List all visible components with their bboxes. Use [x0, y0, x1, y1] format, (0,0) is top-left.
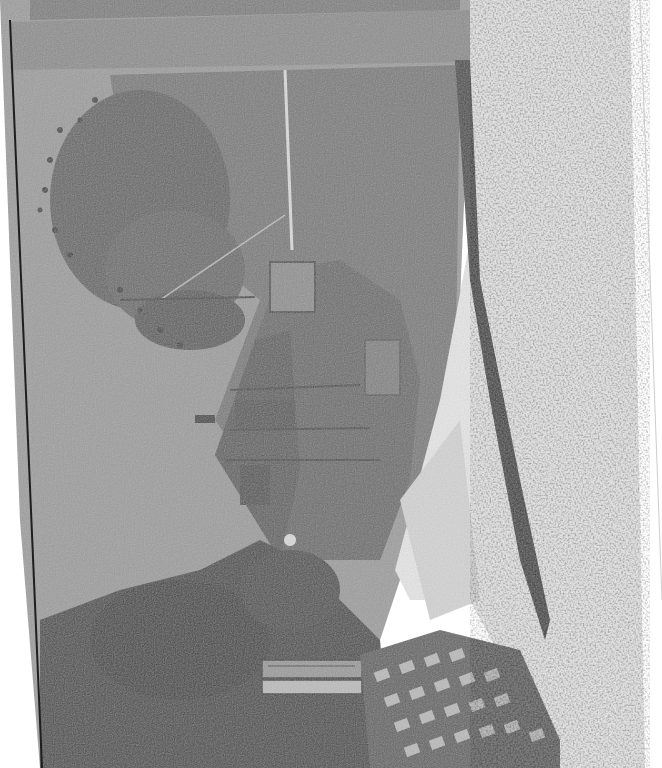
photograph — [0, 0, 662, 768]
photo-canvas — [0, 0, 662, 768]
sign — [195, 415, 215, 423]
side-window — [365, 340, 400, 395]
bench — [262, 660, 362, 694]
photocopy-speckle — [470, 0, 650, 768]
lamp — [284, 534, 296, 546]
window — [235, 400, 295, 428]
chimney — [270, 262, 315, 312]
door — [240, 465, 270, 505]
